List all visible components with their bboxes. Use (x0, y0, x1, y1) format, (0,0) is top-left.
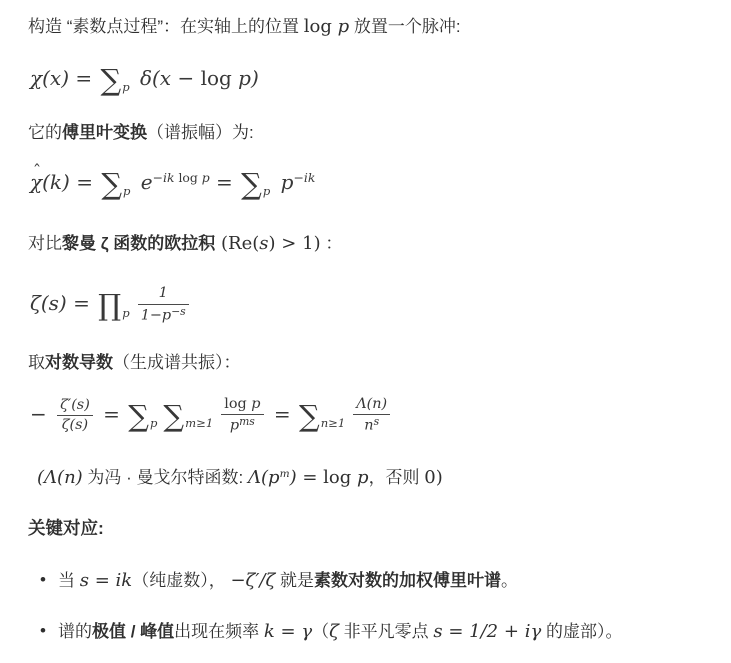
math-run: ζ (329, 621, 339, 642)
fraction: log ppms (221, 396, 263, 435)
chi-hat: χˆ (30, 172, 42, 192)
text-run: ： (321, 234, 343, 253)
intro-paragraph: 构造 “素数点过程”：在实轴上的位置 log p 放置一个脉冲: (28, 14, 713, 39)
fraction-numerator: ζ′(s) (57, 397, 93, 416)
math-run: (k) = (42, 170, 99, 194)
euler-product-formula: ζ(s) = ∏p11−p−s (30, 285, 713, 324)
sum-subscript: p (150, 416, 157, 430)
math-run: (Re( (215, 233, 259, 254)
euler-product-paragraph: 对比黎曼 ζ 函数的欧拉积 (Re(s) > 1) ： (28, 231, 713, 256)
fraction-denominator: 1−p−s (138, 305, 189, 325)
math-run: p (274, 170, 293, 194)
math-run: ) = (290, 467, 324, 488)
text-run: 当 (58, 571, 80, 590)
math-run: p (247, 396, 261, 412)
math-run: p) (232, 66, 259, 90)
log-symbol: log (323, 467, 351, 488)
sum-operator: ∑ (299, 399, 320, 433)
key-correspondence-heading: 关键对应: (28, 516, 713, 541)
exponent: m (280, 468, 290, 480)
fourier-transform-formula: χˆ(k) = ∑p e−ik log p = ∑p p−ik (30, 170, 713, 199)
bullet-item: • 谱的极值 / 峰值出现在频率 k = γ（ζ 非平凡零点 s = 1/2 +… (40, 619, 713, 644)
bold-run: 黎曼 ζ 函数的欧拉积 (62, 234, 215, 253)
text-run: 取 (28, 353, 45, 372)
math-run: p (198, 170, 210, 185)
document: 构造 “素数点过程”：在实轴上的位置 log p 放置一个脉冲: χ(x) = … (0, 0, 731, 663)
fraction: ζ′(s)ζ(s) (57, 397, 93, 435)
text-run: 构造 “素数点过程”：在实轴上的位置 (28, 17, 304, 36)
math-run: p (351, 467, 368, 488)
math-run: 0) (424, 467, 443, 488)
math-run: −ζ′/ζ (230, 570, 275, 591)
exponent: −ik log p (153, 170, 210, 185)
math-run: ζ(s) = (30, 291, 96, 315)
sum-subscript: p (123, 184, 130, 198)
text-run: 谱的 (58, 622, 92, 641)
fraction-numerator: 1 (138, 285, 189, 304)
fraction-denominator: ns (353, 415, 390, 435)
text-run: 。 (501, 571, 518, 590)
exponent: −s (171, 305, 186, 318)
text-run: 出现在频率 (174, 622, 264, 641)
exponent: ms (239, 415, 255, 428)
fraction: Λ(n)ns (353, 396, 390, 435)
minus-sign: − (30, 402, 53, 426)
math-run: = (268, 402, 297, 426)
key-points-list: • 当 s = ik（纯虚数）， −ζ′/ζ 就是素数对数的加权傅里叶谱。 • … (28, 568, 713, 644)
sum-subscript: p (263, 184, 270, 198)
text-run: （ (312, 622, 329, 641)
math-log: log (304, 16, 332, 37)
bullet-marker-icon: • (40, 568, 58, 593)
hat-accent: ˆ (33, 164, 42, 181)
sum-subscript: n≥1 (321, 416, 346, 430)
exponent: −ik (293, 170, 315, 185)
sum-operator: ∑ (100, 63, 121, 97)
math-run: ) > 1) (269, 233, 321, 254)
math-run: (Λ(n) (37, 467, 83, 488)
sum-operator: ∑ (101, 167, 122, 201)
product-subscript: p (122, 306, 129, 320)
bullet-item: • 当 s = ik（纯虚数）， −ζ′/ζ 就是素数对数的加权傅里叶谱。 (40, 568, 713, 593)
bullet-marker-icon: • (40, 619, 58, 644)
log-derivative-formula: − ζ′(s)ζ(s) = ∑p∑m≥1log ppms = ∑n≥1Λ(n)n… (30, 396, 713, 435)
text-run: （纯虚数）， (132, 571, 230, 590)
exponent: s (374, 415, 380, 428)
fraction-denominator: pms (221, 415, 263, 435)
math-run: 1−p (141, 307, 171, 323)
log-derivative-paragraph: 取对数导数（生成谱共振）： (28, 351, 713, 375)
text-run: 放置一个脉冲: (349, 17, 460, 36)
bold-run: 傅里叶变换 (62, 123, 147, 142)
math-run: = (210, 170, 239, 194)
text-run: （谱振幅）为: (147, 123, 254, 142)
fraction: 11−p−s (138, 285, 189, 324)
sum-subscript: p (122, 80, 129, 94)
math-run: e (134, 170, 152, 194)
math-run: n (364, 418, 373, 434)
sum-operator: ∑ (241, 167, 262, 201)
fraction-numerator: log p (221, 396, 263, 415)
sum-subscript: m≥1 (185, 416, 213, 430)
fraction-denominator: ζ(s) (57, 416, 93, 434)
math-p: p (332, 16, 349, 37)
math-run: −ik (153, 170, 179, 185)
product-operator: ∏ (98, 288, 121, 322)
math-run: χ(x) = (30, 66, 98, 90)
math-run: Λ(p (248, 467, 280, 488)
math-run: p (230, 418, 239, 434)
bullet-text: 谱的极值 / 峰值出现在频率 k = γ（ζ 非平凡零点 s = 1/2 + i… (58, 619, 622, 644)
fourier-transform-paragraph: 它的傅里叶变换（谱振幅）为: (28, 121, 713, 145)
text-run: （生成谱共振）： (113, 353, 241, 372)
prime-impulse-formula: χ(x) = ∑p δ(x − log p) (30, 66, 713, 95)
text-run: 为冯 · 曼戈尔特函数: (83, 468, 248, 487)
bold-run: 对数导数 (45, 353, 113, 372)
text-run: 对比 (28, 234, 62, 253)
math-run: s = 1/2 + iγ (433, 621, 541, 642)
text-run: 就是 (275, 571, 314, 590)
math-run: = (97, 402, 126, 426)
log-symbol: log (201, 66, 232, 90)
text-run: 的虚部）。 (541, 622, 622, 641)
bold-run: 极值 / 峰值 (92, 622, 174, 641)
text-run: 非平凡零点 (339, 622, 433, 641)
math-run: s (259, 233, 268, 254)
von-mangoldt-note: (Λ(n) 为冯 · 曼戈尔特函数: Λ(pm) = log p，否则 0) (28, 465, 713, 490)
sum-operator: ∑ (128, 399, 149, 433)
bold-run: 素数对数的加权傅里叶谱 (314, 571, 501, 590)
bullet-text: 当 s = ik（纯虚数）， −ζ′/ζ 就是素数对数的加权傅里叶谱。 (58, 568, 518, 593)
log-symbol: log (224, 396, 246, 412)
sum-operator: ∑ (163, 399, 184, 433)
text-run: 它的 (28, 123, 62, 142)
math-run: δ(x − (134, 66, 201, 90)
text-run: ，否则 (369, 468, 425, 487)
log-symbol: log (178, 170, 197, 185)
fraction-numerator: Λ(n) (353, 396, 390, 415)
math-run: s = ik (80, 570, 132, 591)
math-run: k = γ (264, 621, 312, 642)
